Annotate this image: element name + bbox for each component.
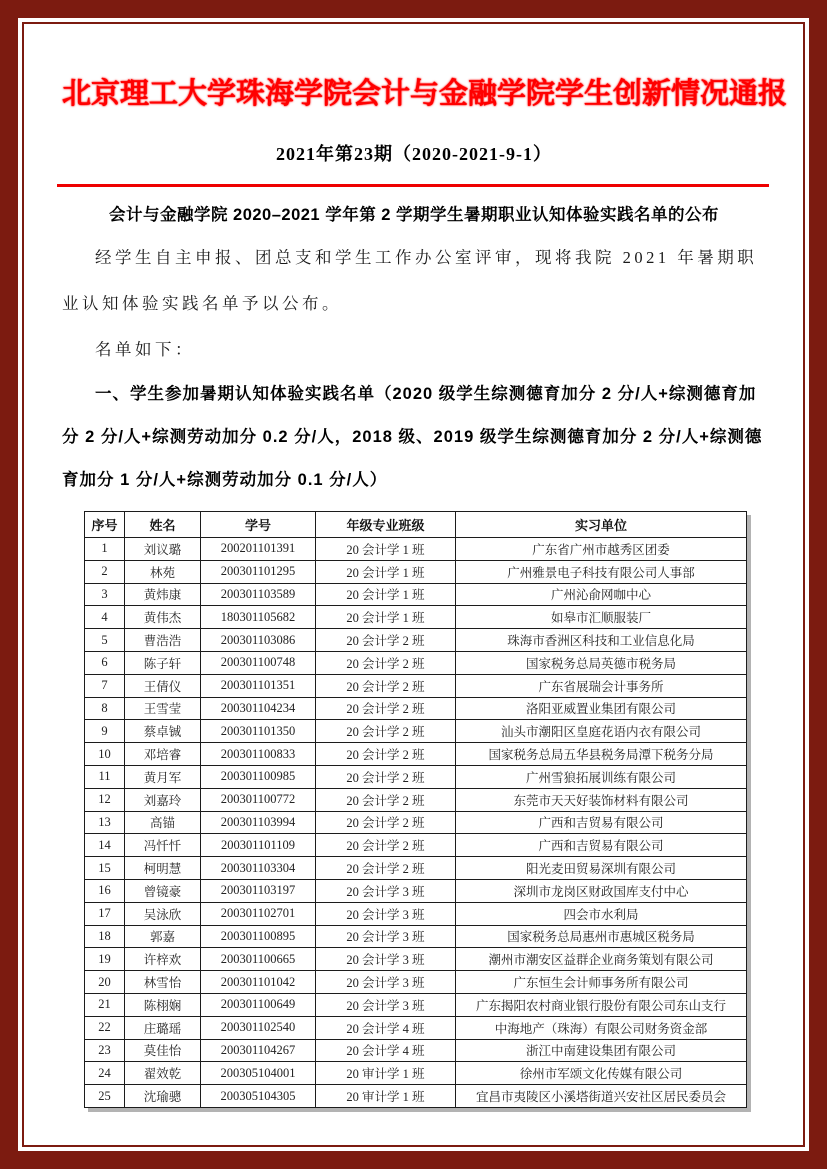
table-row: 4黄伟杰18030110568220 会计学 1 班如皋市汇顺服装厂 bbox=[85, 606, 747, 629]
cell-index: 24 bbox=[85, 1062, 125, 1085]
column-header: 序号 bbox=[85, 512, 125, 538]
table-header-row: 序号姓名学号年级专业班级实习单位 bbox=[85, 512, 747, 538]
cell-name: 陈栩娴 bbox=[125, 993, 201, 1016]
cell-name: 吴泳欣 bbox=[125, 902, 201, 925]
cell-org: 珠海市香洲区科技和工业信息化局 bbox=[456, 629, 747, 652]
cell-name: 王雪莹 bbox=[125, 697, 201, 720]
cell-org: 洛阳亚威置业集团有限公司 bbox=[456, 697, 747, 720]
table-row: 21陈栩娴20030110064920 会计学 3 班广东揭阳农村商业银行股份有… bbox=[85, 993, 747, 1016]
cell-org: 中海地产（珠海）有限公司财务资金部 bbox=[456, 1016, 747, 1039]
document-page: { "doc": { "title": "北京理工大学珠海学院会计与金融学院学生… bbox=[0, 0, 827, 1169]
cell-student-id: 200301100649 bbox=[201, 993, 316, 1016]
cell-org: 四会市水利局 bbox=[456, 902, 747, 925]
cell-index: 17 bbox=[85, 902, 125, 925]
cell-index: 10 bbox=[85, 743, 125, 766]
cell-name: 黄伟杰 bbox=[125, 606, 201, 629]
table-row: 22庄璐瑶20030110254020 会计学 4 班中海地产（珠海）有限公司财… bbox=[85, 1016, 747, 1039]
cell-class: 20 会计学 2 班 bbox=[316, 788, 456, 811]
cell-student-id: 200201101391 bbox=[201, 538, 316, 561]
cell-name: 许梓欢 bbox=[125, 948, 201, 971]
cell-index: 15 bbox=[85, 857, 125, 880]
cell-index: 19 bbox=[85, 948, 125, 971]
cell-name: 高锚 bbox=[125, 811, 201, 834]
table-row: 8王雪莹20030110423420 会计学 2 班洛阳亚威置业集团有限公司 bbox=[85, 697, 747, 720]
cell-org: 广东省广州市越秀区团委 bbox=[456, 538, 747, 561]
cell-student-id: 200301100833 bbox=[201, 743, 316, 766]
bonus-rules-paragraph: 一、学生参加暑期认知体验实践名单（2020 级学生综测德育加分 2 分/人+综测… bbox=[62, 373, 766, 502]
cell-student-id: 200301104267 bbox=[201, 1039, 316, 1062]
cell-class: 20 会计学 2 班 bbox=[316, 629, 456, 652]
cell-name: 邓培睿 bbox=[125, 743, 201, 766]
cell-class: 20 会计学 1 班 bbox=[316, 606, 456, 629]
cell-name: 黄炜康 bbox=[125, 583, 201, 606]
intro-paragraph: 经学生自主申报、团总支和学生工作办公室评审，现将我院 2021 年暑期职业认知体… bbox=[62, 235, 766, 327]
table-row: 25沈瑜骢20030510430520 审计学 1 班宜昌市夷陵区小溪塔街道兴安… bbox=[85, 1085, 747, 1108]
cell-org: 广州雅景电子科技有限公司人事部 bbox=[456, 560, 747, 583]
cell-name: 曹浩浩 bbox=[125, 629, 201, 652]
cell-index: 8 bbox=[85, 697, 125, 720]
table-row: 18郭嘉20030110089520 会计学 3 班国家税务总局惠州市惠城区税务… bbox=[85, 925, 747, 948]
cell-name: 庄璐瑶 bbox=[125, 1016, 201, 1039]
roster-table: 序号姓名学号年级专业班级实习单位 1刘议璐20020110139120 会计学 … bbox=[84, 511, 747, 1108]
table-row: 13高锚20030110399420 会计学 2 班广西和吉贸易有限公司 bbox=[85, 811, 747, 834]
table-row: 2林苑20030110129520 会计学 1 班广州雅景电子科技有限公司人事部 bbox=[85, 560, 747, 583]
cell-index: 14 bbox=[85, 834, 125, 857]
cell-name: 黄月军 bbox=[125, 765, 201, 788]
list-intro-paragraph: 名单如下： bbox=[62, 327, 766, 373]
table-row: 15柯明慧20030110330420 会计学 2 班阳光麦田贸易深圳有限公司 bbox=[85, 857, 747, 880]
cell-org: 阳光麦田贸易深圳有限公司 bbox=[456, 857, 747, 880]
cell-student-id: 200301102701 bbox=[201, 902, 316, 925]
cell-name: 冯忏忏 bbox=[125, 834, 201, 857]
cell-org: 潮州市潮安区益群企业商务策划有限公司 bbox=[456, 948, 747, 971]
cell-index: 5 bbox=[85, 629, 125, 652]
table-row: 19许梓欢20030110066520 会计学 3 班潮州市潮安区益群企业商务策… bbox=[85, 948, 747, 971]
cell-class: 20 会计学 2 班 bbox=[316, 720, 456, 743]
table-row: 20林雪怡20030110104220 会计学 3 班广东恒生会计师事务所有限公… bbox=[85, 971, 747, 994]
document-content: 北京理工大学珠海学院会计与金融学院学生创新情况通报 2021年第23期（2020… bbox=[62, 70, 766, 1108]
cell-index: 3 bbox=[85, 583, 125, 606]
table-row: 11黄月军20030110098520 会计学 2 班广州雪狼拓展训练有限公司 bbox=[85, 765, 747, 788]
cell-index: 13 bbox=[85, 811, 125, 834]
table-row: 7王倩仪20030110135120 会计学 2 班广东省展瑞会计事务所 bbox=[85, 674, 747, 697]
cell-student-id: 200301100748 bbox=[201, 651, 316, 674]
table-row: 3黄炜康20030110358920 会计学 1 班广州沁俞网咖中心 bbox=[85, 583, 747, 606]
column-header: 姓名 bbox=[125, 512, 201, 538]
cell-student-id: 200301103086 bbox=[201, 629, 316, 652]
cell-index: 6 bbox=[85, 651, 125, 674]
table-row: 14冯忏忏20030110110920 会计学 2 班广西和吉贸易有限公司 bbox=[85, 834, 747, 857]
cell-class: 20 审计学 1 班 bbox=[316, 1085, 456, 1108]
cell-org: 广西和吉贸易有限公司 bbox=[456, 834, 747, 857]
cell-org: 广东省展瑞会计事务所 bbox=[456, 674, 747, 697]
cell-org: 广西和吉贸易有限公司 bbox=[456, 811, 747, 834]
cell-student-id: 200305104305 bbox=[201, 1085, 316, 1108]
cell-class: 20 会计学 2 班 bbox=[316, 834, 456, 857]
cell-class: 20 会计学 1 班 bbox=[316, 560, 456, 583]
cell-class: 20 会计学 2 班 bbox=[316, 697, 456, 720]
cell-name: 林雪怡 bbox=[125, 971, 201, 994]
cell-name: 陈子轩 bbox=[125, 651, 201, 674]
cell-student-id: 200301100985 bbox=[201, 765, 316, 788]
cell-student-id: 180301105682 bbox=[201, 606, 316, 629]
cell-name: 曾镜豪 bbox=[125, 879, 201, 902]
cell-name: 蔡卓铖 bbox=[125, 720, 201, 743]
cell-name: 王倩仪 bbox=[125, 674, 201, 697]
issue-number-line: 2021年第23期（2020-2021-9-1） bbox=[62, 140, 766, 166]
cell-class: 20 会计学 3 班 bbox=[316, 925, 456, 948]
cell-org: 国家税务总局英德市税务局 bbox=[456, 651, 747, 674]
cell-org: 徐州市军颂文化传媒有限公司 bbox=[456, 1062, 747, 1085]
cell-student-id: 200305104001 bbox=[201, 1062, 316, 1085]
cell-org: 宜昌市夷陵区小溪塔街道兴安社区居民委员会 bbox=[456, 1085, 747, 1108]
cell-student-id: 200301101295 bbox=[201, 560, 316, 583]
cell-class: 20 会计学 1 班 bbox=[316, 583, 456, 606]
cell-class: 20 审计学 1 班 bbox=[316, 1062, 456, 1085]
table-row: 16曾镜豪20030110319720 会计学 3 班深圳市龙岗区财政国库支付中… bbox=[85, 879, 747, 902]
cell-student-id: 200301104234 bbox=[201, 697, 316, 720]
cell-index: 18 bbox=[85, 925, 125, 948]
cell-student-id: 200301101109 bbox=[201, 834, 316, 857]
cell-name: 刘嘉玲 bbox=[125, 788, 201, 811]
cell-student-id: 200301103197 bbox=[201, 879, 316, 902]
table-row: 17吴泳欣20030110270120 会计学 3 班四会市水利局 bbox=[85, 902, 747, 925]
cell-index: 2 bbox=[85, 560, 125, 583]
cell-index: 16 bbox=[85, 879, 125, 902]
cell-index: 21 bbox=[85, 993, 125, 1016]
table-row: 23莫佳怡20030110426720 会计学 4 班浙江中南建设集团有限公司 bbox=[85, 1039, 747, 1062]
cell-student-id: 200301102540 bbox=[201, 1016, 316, 1039]
table-row: 6陈子轩20030110074820 会计学 2 班国家税务总局英德市税务局 bbox=[85, 651, 747, 674]
cell-class: 20 会计学 2 班 bbox=[316, 743, 456, 766]
cell-name: 沈瑜骢 bbox=[125, 1085, 201, 1108]
table-row: 12刘嘉玲20030110077220 会计学 2 班东莞市天天好装饰材料有限公… bbox=[85, 788, 747, 811]
cell-index: 4 bbox=[85, 606, 125, 629]
cell-org: 国家税务总局五华县税务局潭下税务分局 bbox=[456, 743, 747, 766]
table-row: 10邓培睿20030110083320 会计学 2 班国家税务总局五华县税务局潭… bbox=[85, 743, 747, 766]
column-header: 年级专业班级 bbox=[316, 512, 456, 538]
cell-org: 东莞市天天好装饰材料有限公司 bbox=[456, 788, 747, 811]
column-header: 实习单位 bbox=[456, 512, 747, 538]
cell-class: 20 会计学 3 班 bbox=[316, 948, 456, 971]
cell-student-id: 200301100665 bbox=[201, 948, 316, 971]
cell-index: 23 bbox=[85, 1039, 125, 1062]
cell-class: 20 会计学 4 班 bbox=[316, 1039, 456, 1062]
cell-index: 22 bbox=[85, 1016, 125, 1039]
cell-class: 20 会计学 3 班 bbox=[316, 879, 456, 902]
cell-class: 20 会计学 3 班 bbox=[316, 902, 456, 925]
column-header: 学号 bbox=[201, 512, 316, 538]
table-row: 9蔡卓铖20030110135020 会计学 2 班汕头市潮阳区皇庭花语内衣有限… bbox=[85, 720, 747, 743]
cell-student-id: 200301101351 bbox=[201, 674, 316, 697]
cell-class: 20 会计学 1 班 bbox=[316, 538, 456, 561]
cell-class: 20 会计学 2 班 bbox=[316, 857, 456, 880]
cell-name: 翟效乾 bbox=[125, 1062, 201, 1085]
cell-index: 25 bbox=[85, 1085, 125, 1108]
cell-name: 莫佳怡 bbox=[125, 1039, 201, 1062]
cell-name: 郭嘉 bbox=[125, 925, 201, 948]
document-title: 北京理工大学珠海学院会计与金融学院学生创新情况通报 bbox=[62, 74, 766, 114]
cell-org: 浙江中南建设集团有限公司 bbox=[456, 1039, 747, 1062]
cell-index: 11 bbox=[85, 765, 125, 788]
cell-student-id: 200301103994 bbox=[201, 811, 316, 834]
cell-student-id: 200301100772 bbox=[201, 788, 316, 811]
cell-index: 12 bbox=[85, 788, 125, 811]
cell-class: 20 会计学 3 班 bbox=[316, 993, 456, 1016]
cell-index: 1 bbox=[85, 538, 125, 561]
cell-org: 广东揭阳农村商业银行股份有限公司东山支行 bbox=[456, 993, 747, 1016]
cell-index: 9 bbox=[85, 720, 125, 743]
cell-student-id: 200301103304 bbox=[201, 857, 316, 880]
cell-org: 汕头市潮阳区皇庭花语内衣有限公司 bbox=[456, 720, 747, 743]
cell-class: 20 会计学 2 班 bbox=[316, 674, 456, 697]
cell-class: 20 会计学 2 班 bbox=[316, 651, 456, 674]
roster-table-body: 1刘议璐20020110139120 会计学 1 班广东省广州市越秀区团委2林苑… bbox=[85, 538, 747, 1108]
table-row: 24翟效乾20030510400120 审计学 1 班徐州市军颂文化传媒有限公司 bbox=[85, 1062, 747, 1085]
cell-class: 20 会计学 4 班 bbox=[316, 1016, 456, 1039]
cell-class: 20 会计学 2 班 bbox=[316, 765, 456, 788]
table-row: 5曹浩浩20030110308620 会计学 2 班珠海市香洲区科技和工业信息化… bbox=[85, 629, 747, 652]
cell-org: 深圳市龙岗区财政国库支付中心 bbox=[456, 879, 747, 902]
cell-index: 7 bbox=[85, 674, 125, 697]
table-row: 1刘议璐20020110139120 会计学 1 班广东省广州市越秀区团委 bbox=[85, 538, 747, 561]
cell-org: 广东恒生会计师事务所有限公司 bbox=[456, 971, 747, 994]
cell-org: 广州沁俞网咖中心 bbox=[456, 583, 747, 606]
cell-org: 如皋市汇顺服装厂 bbox=[456, 606, 747, 629]
cell-name: 林苑 bbox=[125, 560, 201, 583]
cell-student-id: 200301101350 bbox=[201, 720, 316, 743]
cell-class: 20 会计学 2 班 bbox=[316, 811, 456, 834]
cell-class: 20 会计学 3 班 bbox=[316, 971, 456, 994]
cell-student-id: 200301101042 bbox=[201, 971, 316, 994]
red-divider bbox=[57, 184, 769, 187]
cell-name: 刘议璐 bbox=[125, 538, 201, 561]
cell-org: 国家税务总局惠州市惠城区税务局 bbox=[456, 925, 747, 948]
cell-student-id: 200301100895 bbox=[201, 925, 316, 948]
cell-name: 柯明慧 bbox=[125, 857, 201, 880]
section-heading: 会计与金融学院 2020–2021 学年第 2 学期学生暑期职业认知体验实践名单… bbox=[62, 201, 766, 225]
cell-index: 20 bbox=[85, 971, 125, 994]
cell-student-id: 200301103589 bbox=[201, 583, 316, 606]
cell-org: 广州雪狼拓展训练有限公司 bbox=[456, 765, 747, 788]
